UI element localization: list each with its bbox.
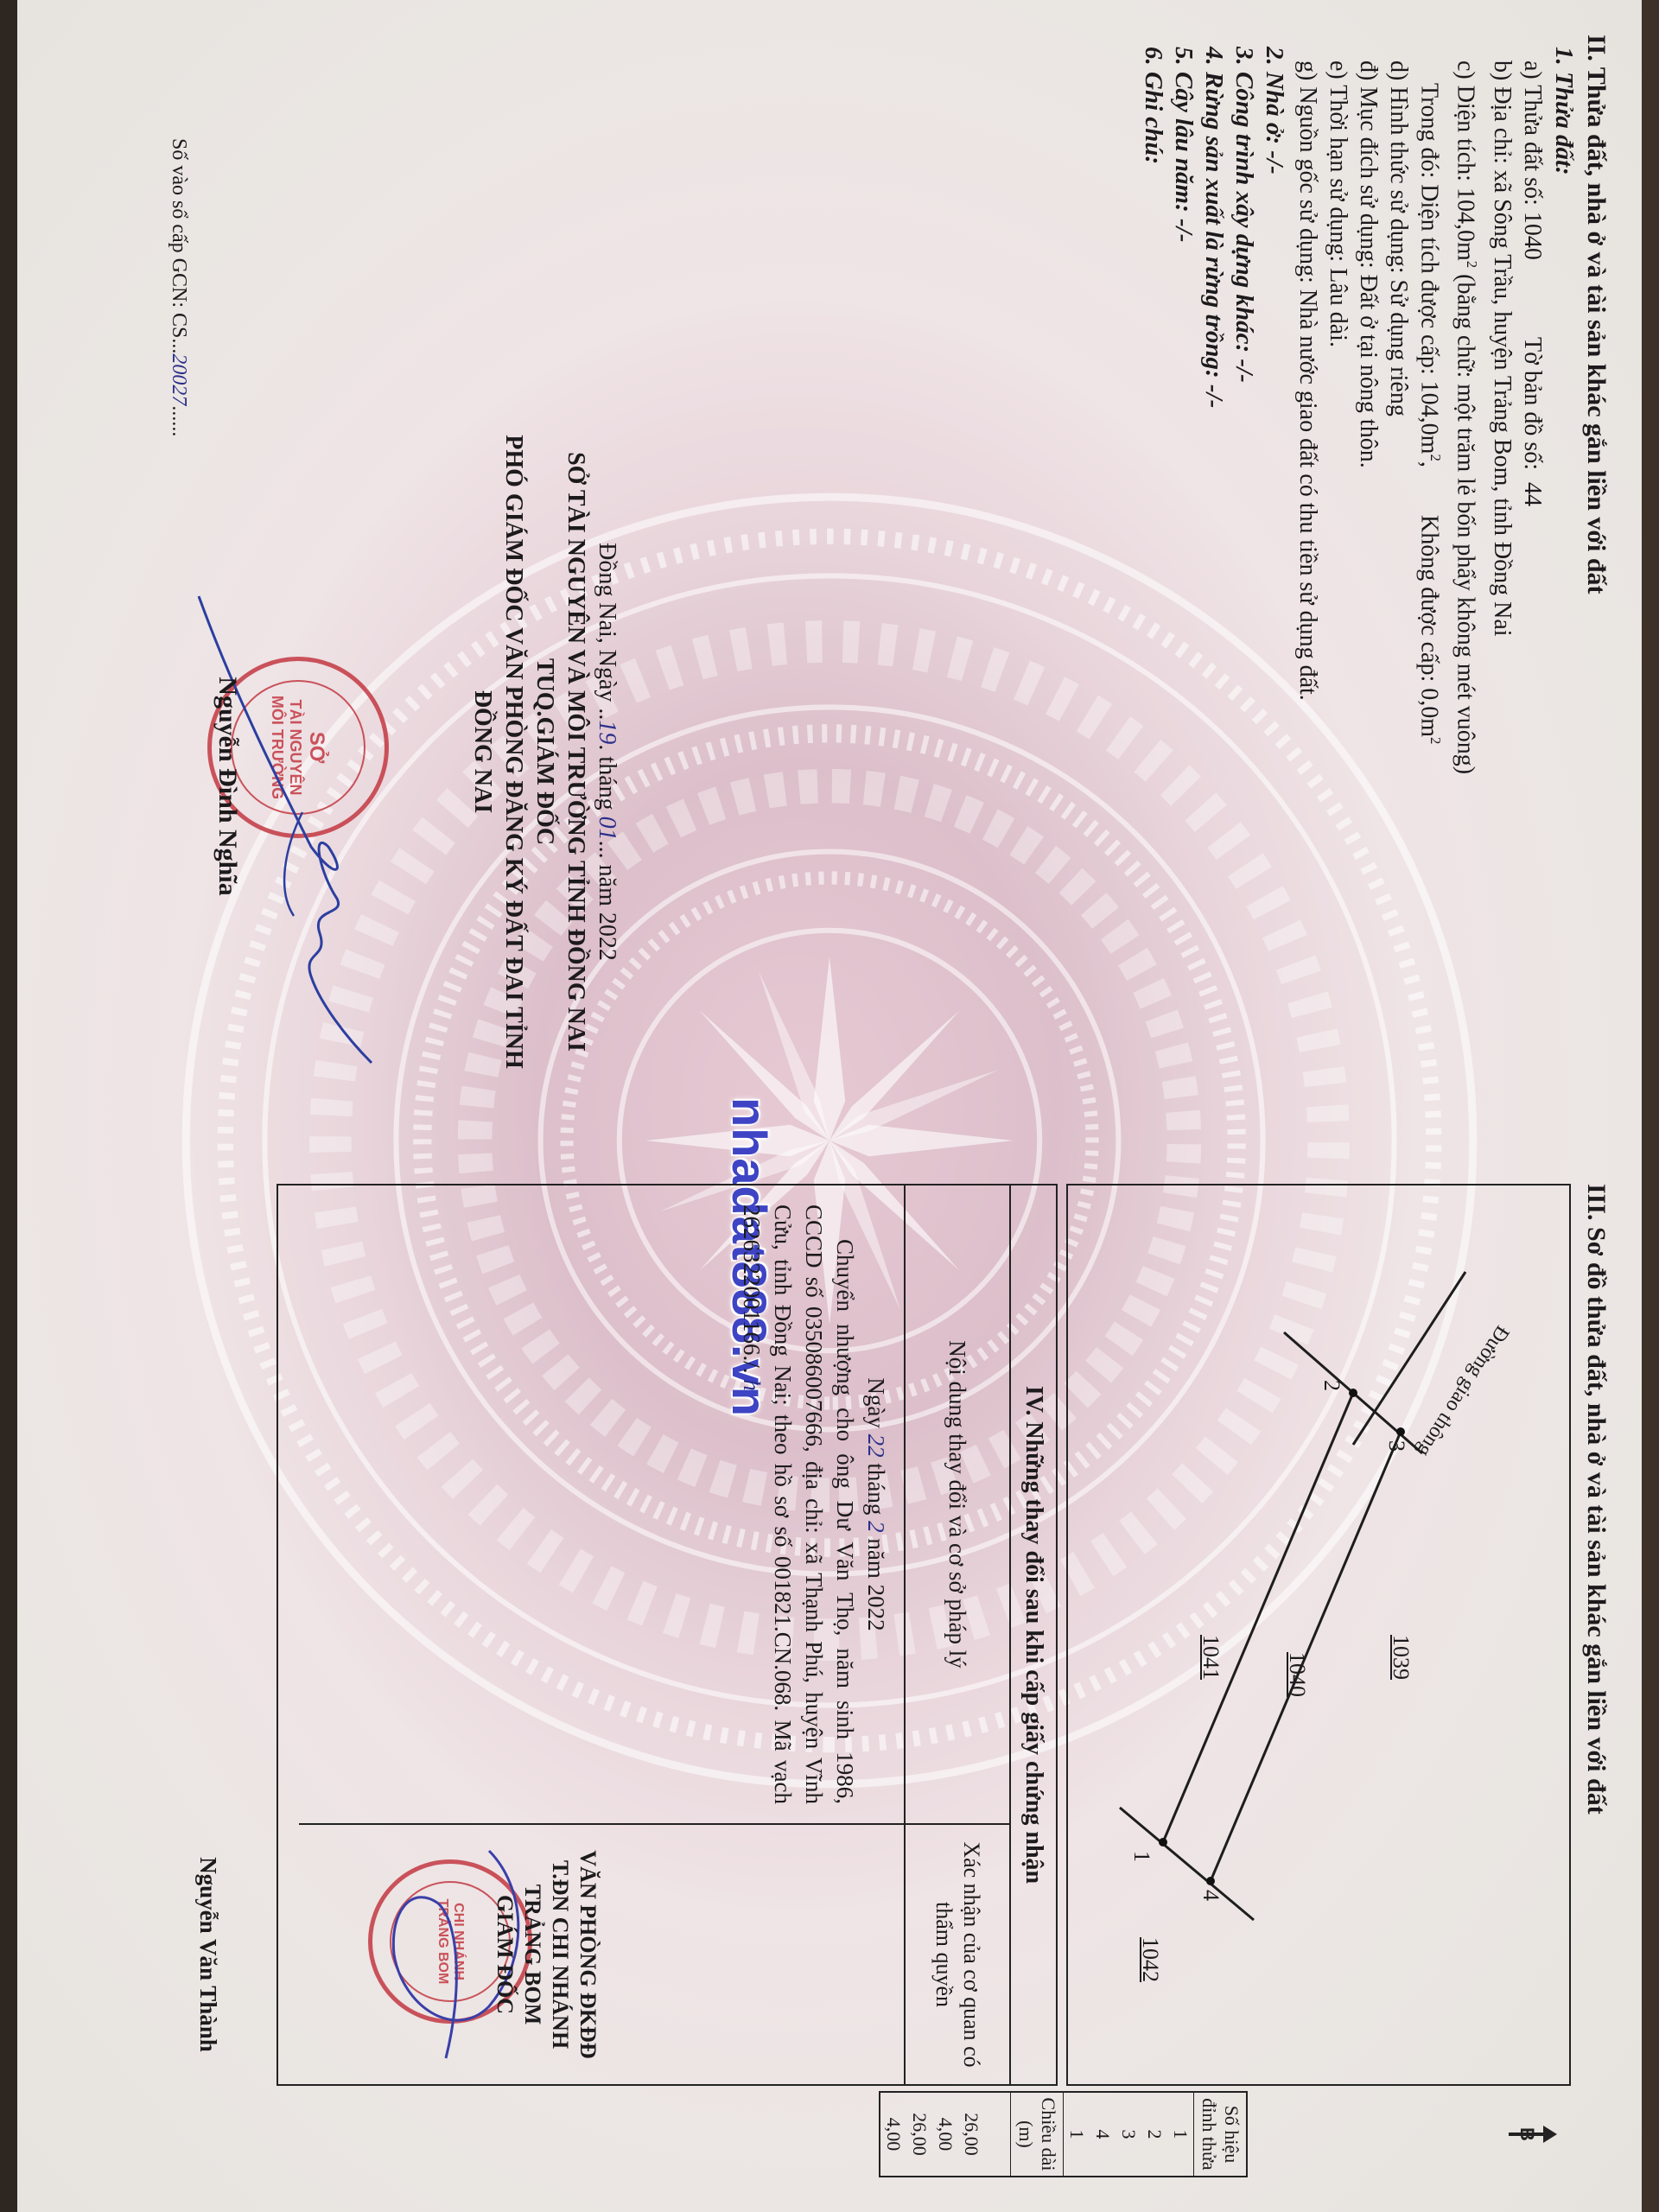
row-length-2: 26,00: [958, 2093, 984, 2176]
branch-role: GIÁM ĐỐC: [491, 1825, 518, 2084]
vertex-2: 2: [1319, 1380, 1344, 1391]
parcel-diagram: Đường giao thông 2 3 4 1 1039 1040 1041 …: [1066, 1184, 1571, 2086]
perennial-item: 5. Cây lâu năm: -/-: [1168, 47, 1198, 1106]
row-length-4: 26,00: [906, 2093, 932, 2176]
on-behalf-label: TUQ.GIÁM ĐỐC: [529, 397, 560, 1106]
confirmation-cell: CHI NHÁNH TRẢNG BOM VĂN PHÒNG ĐKĐĐ T.ĐN …: [299, 1825, 904, 2084]
signer-role: PHÓ GIÁM ĐỐC VĂN PHÒNG ĐĂNG KÝ ĐẤT ĐAI T…: [467, 397, 529, 1106]
vertex-1: 1: [1128, 1851, 1154, 1862]
seal-center-top: SỞ: [304, 732, 328, 763]
north-arrow-icon: B: [1507, 2108, 1559, 2160]
date-prefix: Đồng Nai, Ngày ..: [594, 543, 620, 720]
coordinate-table: Số hiệu đỉnh thửa 1 2 3 4 1 Chiều dài (m…: [879, 2091, 1248, 2177]
parcel-no-label: a) Thửa đất số:: [1519, 60, 1546, 206]
parcel-1040: 1040: [1284, 1652, 1310, 1697]
branch-signer-name: Nguyễn Văn Thành: [194, 1825, 221, 2084]
row-vertex-2: 2: [1141, 2093, 1167, 2176]
registry-dots: ......: [168, 405, 190, 436]
branch-seal-top: CHI NHÁNH: [450, 1903, 466, 1980]
row-vertex-1: 1: [1167, 2093, 1193, 2176]
month-prefix: . tháng: [594, 744, 620, 816]
vertex-4: 4: [1198, 1890, 1224, 1901]
signer-name: Nguyễn Đình Nghĩa: [213, 613, 242, 959]
change-day: 22: [863, 1434, 889, 1458]
section-3-title: III. Sơ đồ thửa đất, nhà ở và tài sản kh…: [1581, 1184, 1611, 2186]
registry-number: Số vào sổ cấp GCN: CS...20027......: [167, 138, 190, 436]
row-vertex-3: 3: [1116, 2093, 1141, 2176]
other-works-item: 3. Công trình xây dựng khác: -/-: [1229, 47, 1259, 1106]
area-suffix: (bằng chữ: một trăm lẻ bốn phẩy không mé…: [1452, 268, 1479, 774]
change-content: Chuyển nhượng cho ông Dư Văn Thọ, năm si…: [739, 1205, 858, 1804]
parcel-1042: 1042: [1137, 1937, 1163, 1982]
row-length-1: [984, 2093, 1010, 2176]
forest-item: 4. Rừng sản xuất là rừng trồng: -/-: [1198, 47, 1229, 1106]
usage-term: e) Thời hạn sử dụng: Lâu dài.: [1323, 60, 1353, 1106]
granted-comma: ,: [1415, 461, 1442, 467]
row-length-5: 4,00: [880, 2093, 906, 2176]
table-edge-left: [0, 0, 19, 2212]
parcel-1039: 1039: [1388, 1635, 1414, 1680]
section-2-title: II. Thửa đất, nhà ở và tài sản khác gắn …: [1581, 35, 1611, 1106]
north-arrow: B: [1503, 2108, 1559, 2160]
not-granted-area: Không được cấp: 0,0m: [1415, 515, 1442, 737]
section-4-title: IV. Những thay đổi sau khi cấp giấy chứn…: [1009, 1185, 1056, 2084]
change-year: năm 2022: [863, 1533, 889, 1631]
usage-origin: g) Nguồn gốc sử dụng: Nhà nước giao đất …: [1293, 60, 1323, 1106]
parcel-1041: 1041: [1198, 1635, 1224, 1680]
land-heading: 1. Thửa đất:: [1549, 47, 1578, 1106]
usage-form: d) Hình thức sử dụng: Sử dụng riêng: [1383, 60, 1414, 1106]
col-header-vertex: Số hiệu đỉnh thửa: [1193, 2093, 1246, 2176]
issue-day: 19: [594, 720, 620, 744]
parcel-row: a) Thửa đất số: 1040 Tờ bản đồ số: 44: [1517, 60, 1548, 1106]
notes-item: 6. Ghi chú:: [1138, 47, 1168, 1106]
change-month-prefix: tháng: [863, 1458, 889, 1522]
row-vertex-4: 4: [1090, 2093, 1116, 2176]
branch-seal-bottom: TRẢNG BOM: [435, 1899, 450, 1985]
change-date-prefix: Ngày: [863, 1377, 889, 1433]
row-length-3: 4,00: [932, 2093, 958, 2176]
changes-col-header: Nội dung thay đổi và cơ sở pháp lý: [906, 1185, 1009, 1825]
address: b) Địa chỉ: xã Sông Trầu, huyện Trảng Bo…: [1487, 60, 1517, 1106]
house-item: 2. Nhà ở: -/-: [1259, 47, 1289, 1106]
section-4-changes: IV. Những thay đổi sau khi cấp giấy chứn…: [276, 1184, 1058, 2086]
branch-office: VĂN PHÒNG ĐKĐĐ T.ĐN CHI NHÁNH TRẢNG BOM: [518, 1825, 601, 2084]
col-header-length: Chiều dài (m): [1010, 2093, 1064, 2176]
section-3-4: III. Sơ đồ thửa đất, nhà ở và tài sản kh…: [55, 1184, 1611, 2186]
registry-label: Số vào sổ cấp GCN: CS...: [168, 138, 190, 353]
change-entry: Ngày 22 tháng 2 năm 2022 Chuyển nhượng c…: [299, 1185, 904, 1825]
svg-text:B: B: [1516, 2127, 1538, 2141]
seal-center-mid: TÀI NGUYÊN: [286, 699, 304, 795]
map-sheet-label: Tờ bản đồ số:: [1519, 337, 1546, 470]
vertex-3: 3: [1383, 1440, 1409, 1452]
land-certificate-page: II. Thửa đất, nhà ở và tài sản khác gắn …: [17, 0, 1642, 2212]
issue-month: 01: [594, 817, 620, 841]
change-date: Ngày 22 tháng 2 năm 2022: [861, 1205, 892, 1804]
change-month: 2: [863, 1521, 889, 1533]
seal-center-bottom: MÔI TRƯỜNG: [268, 696, 286, 799]
change-initials: h: [739, 1379, 765, 1391]
granted-area: Trong đó: Diện tích được cấp: 104,0m: [1415, 83, 1442, 454]
confirmation-col-header: Xác nhận của cơ quan có thẩm quyền: [906, 1825, 1009, 2084]
granted-row: Trong đó: Diện tích được cấp: 104,0m2, K…: [1414, 83, 1450, 1106]
issuing-department: SỞ TÀI NGUYÊN VÀ MÔI TRƯỜNG TỈNH ĐỒNG NA…: [560, 397, 591, 1106]
left-signature-block: Đồng Nai, Ngày ..19. tháng 01... năm 202…: [104, 397, 622, 1106]
row-vertex-5: 1: [1064, 2093, 1090, 2176]
issue-date: Đồng Nai, Ngày ..19. tháng 01... năm 202…: [591, 397, 622, 1106]
area: c) Diện tích: 104,0m2 (bằng chữ: một tră…: [1451, 60, 1487, 1106]
parcel-no: 1040: [1519, 212, 1546, 260]
usage-purpose: đ) Mục đích sử dụng: Đất ở tại nông thôn…: [1353, 60, 1383, 1106]
registry-value: 20027: [168, 353, 190, 405]
area-prefix: c) Diện tích: 104,0m: [1452, 60, 1479, 261]
map-sheet-no: 44: [1519, 482, 1546, 506]
issue-year: ... năm 2022: [594, 841, 620, 961]
